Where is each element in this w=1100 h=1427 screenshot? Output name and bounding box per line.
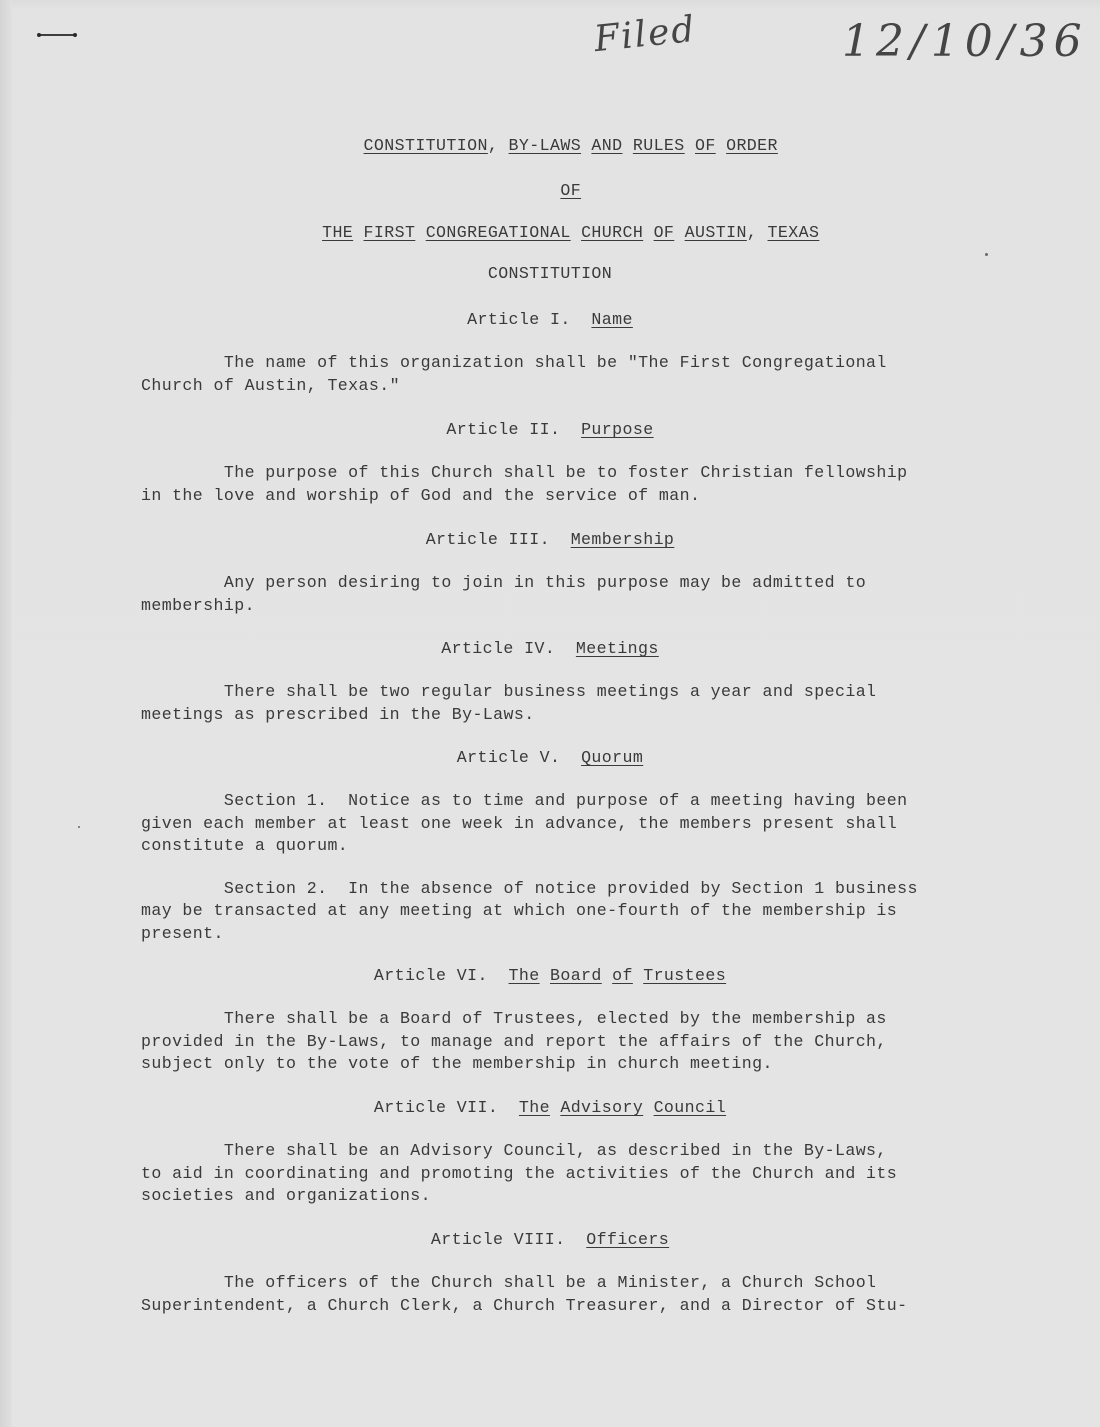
article-name: Membership [571,530,675,549]
title-word: OF [654,223,675,242]
paragraph-line: Section 1. Notice as to time and purpose… [141,790,907,812]
paragraph-line: societies and organizations. [141,1185,431,1207]
title-word: BY-LAWS [509,136,582,155]
paragraph-line: The purpose of this Church shall be to f… [141,462,907,484]
article-name: Advisory [560,1098,643,1117]
article-number: Article I. [467,310,591,329]
paragraph-line: provided in the By-Laws, to manage and r… [141,1031,887,1053]
handwritten-filed-note: Filed [592,9,698,60]
article-name: Meetings [576,639,659,658]
article-heading: Article III. Membership [0,529,1100,551]
article-name: Name [591,310,632,329]
article-heading: Article VIII. Officers [0,1229,1100,1251]
scan-speck [985,253,988,256]
article-name: Purpose [581,420,654,439]
article-number: Article IV. [441,639,576,658]
title-word: TEXAS [768,223,820,242]
paragraph-line: given each member at least one week in a… [141,813,897,835]
paragraph-line: constitute a quorum. [141,835,348,857]
article-heading: Article II. Purpose [0,419,1100,441]
title-word: FIRST [364,223,416,242]
paragraph-line: Section 2. In the absence of notice prov… [141,878,918,900]
title-word: AUSTIN [685,223,747,242]
article-number: Article VI. [374,966,509,985]
title-word: CONGREGATIONAL [426,223,571,242]
paragraph-line: meetings as prescribed in the By-Laws. [141,704,535,726]
title-word: AND [591,136,622,155]
document-page: Filed 12/10/36 CONSTITUTION, BY-LAWS AND… [0,0,1100,1427]
article-name: of [612,966,633,985]
article-heading: Article VII. The Advisory Council [0,1097,1100,1119]
article-name: Board [550,966,602,985]
article-number: Article VII. [374,1098,519,1117]
scan-speck [78,826,80,828]
paragraph-line: membership. [141,595,255,617]
article-heading: Article I. Name [0,309,1100,331]
title-word: CONSTITUTION [364,136,488,155]
article-name: Quorum [581,748,643,767]
paragraph-line: There shall be a Board of Trustees, elec… [141,1008,887,1030]
paragraph-line: The name of this organization shall be "… [141,352,887,374]
article-name: The [509,966,540,985]
paragraph-line: subject only to the vote of the membersh… [141,1053,773,1075]
title-word: OF [560,181,581,200]
paragraph-line: There shall be two regular business meet… [141,681,876,703]
paragraph-line: Superintendent, a Church Clerk, a Church… [141,1295,907,1317]
article-name: Officers [586,1230,669,1249]
title-word: CHURCH [581,223,643,242]
article-name: Council [654,1098,727,1117]
paragraph-line: to aid in coordinating and promoting the… [141,1163,897,1185]
paragraph-line: There shall be an Advisory Council, as d… [141,1140,887,1162]
handwritten-filed-date: 12/10/36 [842,16,1088,67]
article-number: Article V. [457,748,581,767]
paragraph-line: present. [141,923,224,945]
article-number: Article VIII. [431,1230,586,1249]
article-heading: Article V. Quorum [0,747,1100,769]
paragraph-line: Any person desiring to join in this purp… [141,572,866,594]
document-title-line-3: THE FIRST CONGREGATIONAL CHURCH OF AUSTI… [0,200,1100,266]
article-heading: Article VI. The Board of Trustees [0,965,1100,987]
paragraph-line: The officers of the Church shall be a Mi… [141,1272,876,1294]
article-name: The [519,1098,550,1117]
article-heading: Article IV. Meetings [0,638,1100,660]
article-number: Article II. [446,420,581,439]
article-number: Article III. [426,530,571,549]
paragraph-line: may be transacted at any meeting at whic… [141,900,897,922]
title-word: OF [695,136,716,155]
article-name: Trustees [643,966,726,985]
title-word: THE [322,223,353,242]
title-word: RULES [633,136,685,155]
paragraph-line: in the love and worship of God and the s… [141,485,700,507]
pencil-mark [38,34,76,36]
section-heading-constitution: CONSTITUTION [0,263,1100,285]
title-word: ORDER [726,136,778,155]
paragraph-line: Church of Austin, Texas." [141,375,400,397]
